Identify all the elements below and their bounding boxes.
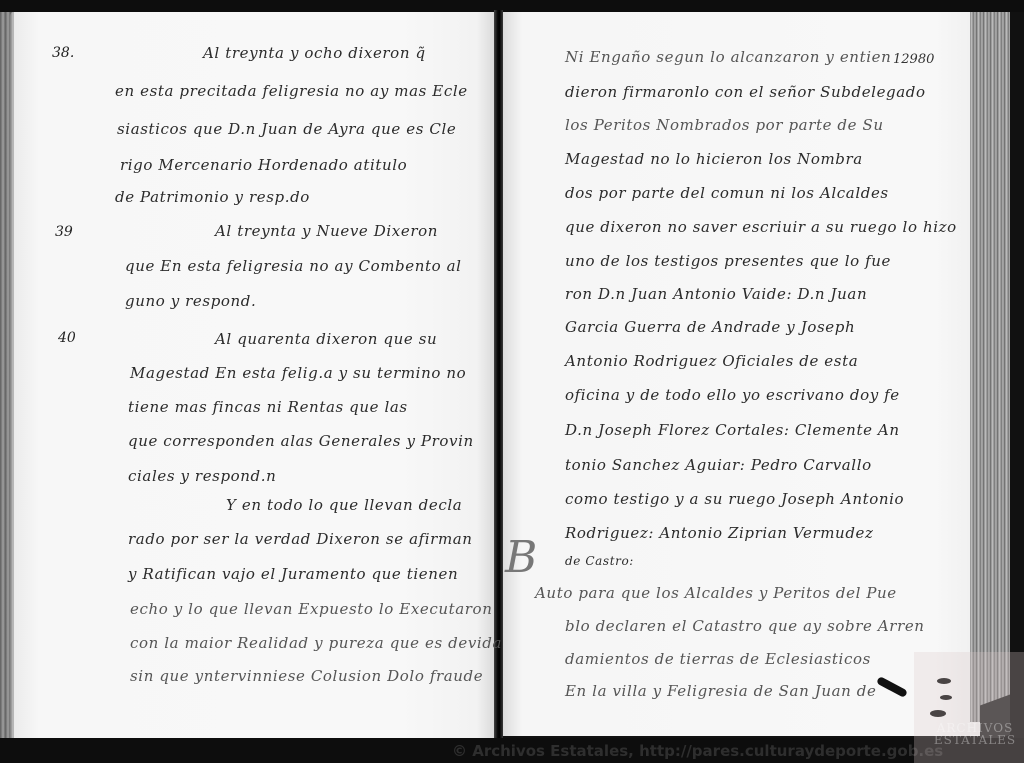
- text-line: sin que yntervinniese Colusion Dolo frau…: [130, 667, 483, 685]
- text-line: Magestad En esta felig.a y su termino no: [130, 364, 466, 382]
- text-line: ciales y respond.n: [128, 467, 276, 485]
- text-line: dieron firmaronlo con el señor Subdelega…: [565, 83, 926, 101]
- text-line: Antonio Rodriguez Oficiales de esta: [565, 352, 858, 370]
- text-line: los Peritos Nombrados por parte de Su: [565, 116, 884, 134]
- marginal-initial: B: [505, 532, 537, 583]
- text-line: de Patrimonio y resp.do: [115, 188, 310, 206]
- text-line: Garcia Guerra de Andrade y Joseph: [565, 318, 855, 336]
- text-line: tiene mas fincas ni Rentas que las: [128, 398, 408, 416]
- manuscript-spread: 38. 39 40 Al treynta y ocho dixeron q̃ e…: [0, 0, 1024, 763]
- text-line: oficina y de todo ello yo escrivano doy …: [565, 386, 900, 404]
- text-line: ron D.n Juan Antonio Vaide: D.n Juan: [565, 285, 867, 303]
- text-line: que corresponden alas Generales y Provin: [128, 432, 474, 450]
- text-line: tonio Sanchez Aguiar: Pedro Carvallo: [565, 456, 872, 474]
- text-line: como testigo y a su ruego Joseph Antonio: [565, 490, 904, 508]
- text-line: que En esta feligresia no ay Combento al: [125, 257, 462, 275]
- text-line: Ni Engaño segun lo alcanzaron y entien: [565, 48, 891, 66]
- archive-stamp-text: ARCHIVOS ESTATALES: [930, 722, 1020, 746]
- text-line: dos por parte del comun ni los Alcaldes: [565, 184, 889, 202]
- text-line: Rodriguez: Antonio Ziprian Vermudez: [565, 524, 874, 542]
- text-line: uno de los testigos presentes que lo fue: [565, 252, 891, 270]
- text-line: Magestad no lo hicieron los Nombra: [565, 150, 863, 168]
- margin-number: 40: [58, 330, 76, 346]
- text-line: Y en todo lo que llevan decla: [226, 496, 462, 514]
- text-line: rigo Mercenario Hordenado atitulo: [120, 156, 407, 174]
- text-line: que dixeron no saver escriuir a su ruego…: [565, 218, 957, 236]
- text-line: siasticos que D.n Juan de Ayra que es Cl…: [117, 120, 456, 138]
- text-line: Al treynta y ocho dixeron q̃: [203, 44, 426, 62]
- text-line: echo y lo que llevan Expuesto lo Executa…: [130, 600, 492, 618]
- margin-number: 38.: [52, 45, 74, 61]
- text-line: con la maior Realidad y pureza que es de…: [130, 634, 502, 652]
- right-page-edges: [970, 12, 1010, 722]
- text-line: guno y respond.: [125, 292, 256, 310]
- text-line: en esta precitada feligresia no ay mas E…: [115, 82, 468, 100]
- text-line: En la villa y Feligresia de San Juan de: [565, 682, 876, 700]
- scan-border-top: [0, 0, 1024, 12]
- left-page-edge: [0, 12, 14, 752]
- text-line: de Castro:: [565, 554, 634, 568]
- copyright-watermark: © Archivos Estatales, http://pares.cultu…: [452, 742, 943, 760]
- text-line: D.n Joseph Florez Cortales: Clemente An: [565, 421, 900, 439]
- text-line: rado por ser la verdad Dixeron se afirma…: [128, 530, 473, 548]
- folio-number: 12980: [893, 52, 934, 67]
- text-line: blo declaren el Catastro que ay sobre Ar…: [565, 617, 925, 635]
- text-line: Al treynta y Nueve Dixeron: [215, 222, 438, 240]
- text-line: Auto para que los Alcaldes y Peritos del…: [535, 584, 897, 602]
- margin-number: 39: [55, 224, 73, 240]
- text-line: Al quarenta dixeron que su: [215, 330, 437, 348]
- text-line: y Ratifican vajo el Juramento que tienen: [128, 565, 458, 583]
- text-line: damientos de tierras de Eclesiasticos: [565, 650, 871, 668]
